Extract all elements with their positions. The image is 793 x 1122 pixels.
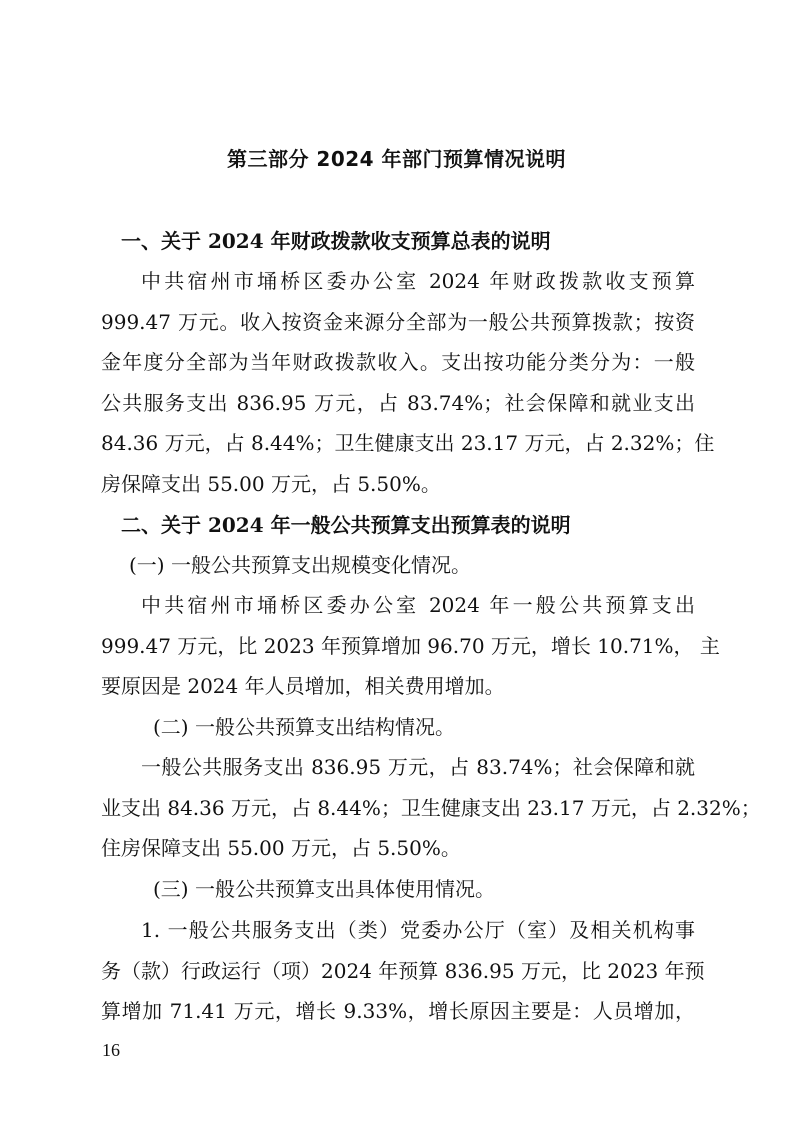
page-number: 16: [102, 1040, 120, 1061]
paragraph-line: 中共宿州市埇桥区委办公室 2024 年财政拨款收支预算: [141, 268, 695, 294]
paragraph-line: 一般公共服务支出 836.95 万元，占 83.74%；社会保障和就: [141, 754, 695, 780]
paragraph-line: 务（款）行政运行（项）2024 年预算 836.95 万元，比 2023 年预: [101, 958, 695, 984]
paragraph-line: 金年度分全部为当年财政拨款收入。支出按功能分类分为：一般: [101, 349, 695, 375]
section-heading: 二、关于 2024 年一般公共预算支出预算表的说明: [121, 512, 695, 538]
paragraph-line: (三) 一般公共预算支出具体使用情况。: [153, 876, 695, 902]
paragraph-line: 公共服务支出 836.95 万元，占 83.74%；社会保障和就业支出: [101, 390, 695, 416]
paragraph-line: 999.47 万元。收入按资金来源分全部为一般公共预算拨款；按资: [101, 309, 695, 335]
paragraph-line: 算增加 71.41 万元，增长 9.33%，增长原因主要是：人员增加，: [101, 998, 695, 1024]
document-page: 第三部分 2024 年部门预算情况说明 一、关于 2024 年财政拨款收支预算总…: [0, 0, 793, 1122]
paragraph-line: (一) 一般公共预算支出规模变化情况。: [129, 552, 695, 578]
section-heading: 一、关于 2024 年财政拨款收支预算总表的说明: [121, 228, 695, 254]
paragraph-line: 中共宿州市埇桥区委办公室 2024 年一般公共预算支出: [141, 592, 695, 618]
paragraph-line: 房保障支出 55.00 万元，占 5.50%。: [101, 471, 695, 497]
page-title: 第三部分 2024 年部门预算情况说明: [0, 143, 793, 172]
paragraph-line: 84.36 万元，占 8.44%；卫生健康支出 23.17 万元，占 2.32%…: [101, 430, 695, 456]
paragraph-line: 业支出 84.36 万元，占 8.44%；卫生健康支出 23.17 万元，占 2…: [101, 795, 695, 821]
paragraph-line: 1. 一般公共服务支出（类）党委办公厅（室）及相关机构事: [141, 917, 695, 943]
paragraph-line: 要原因是 2024 年人员增加，相关费用增加。: [101, 673, 695, 699]
paragraph-line: 住房保障支出 55.00 万元，占 5.50%。: [101, 835, 695, 861]
paragraph-line: (二) 一般公共预算支出结构情况。: [153, 714, 695, 740]
paragraph-line: 999.47 万元，比 2023 年预算增加 96.70 万元，增长 10.71…: [101, 633, 695, 659]
